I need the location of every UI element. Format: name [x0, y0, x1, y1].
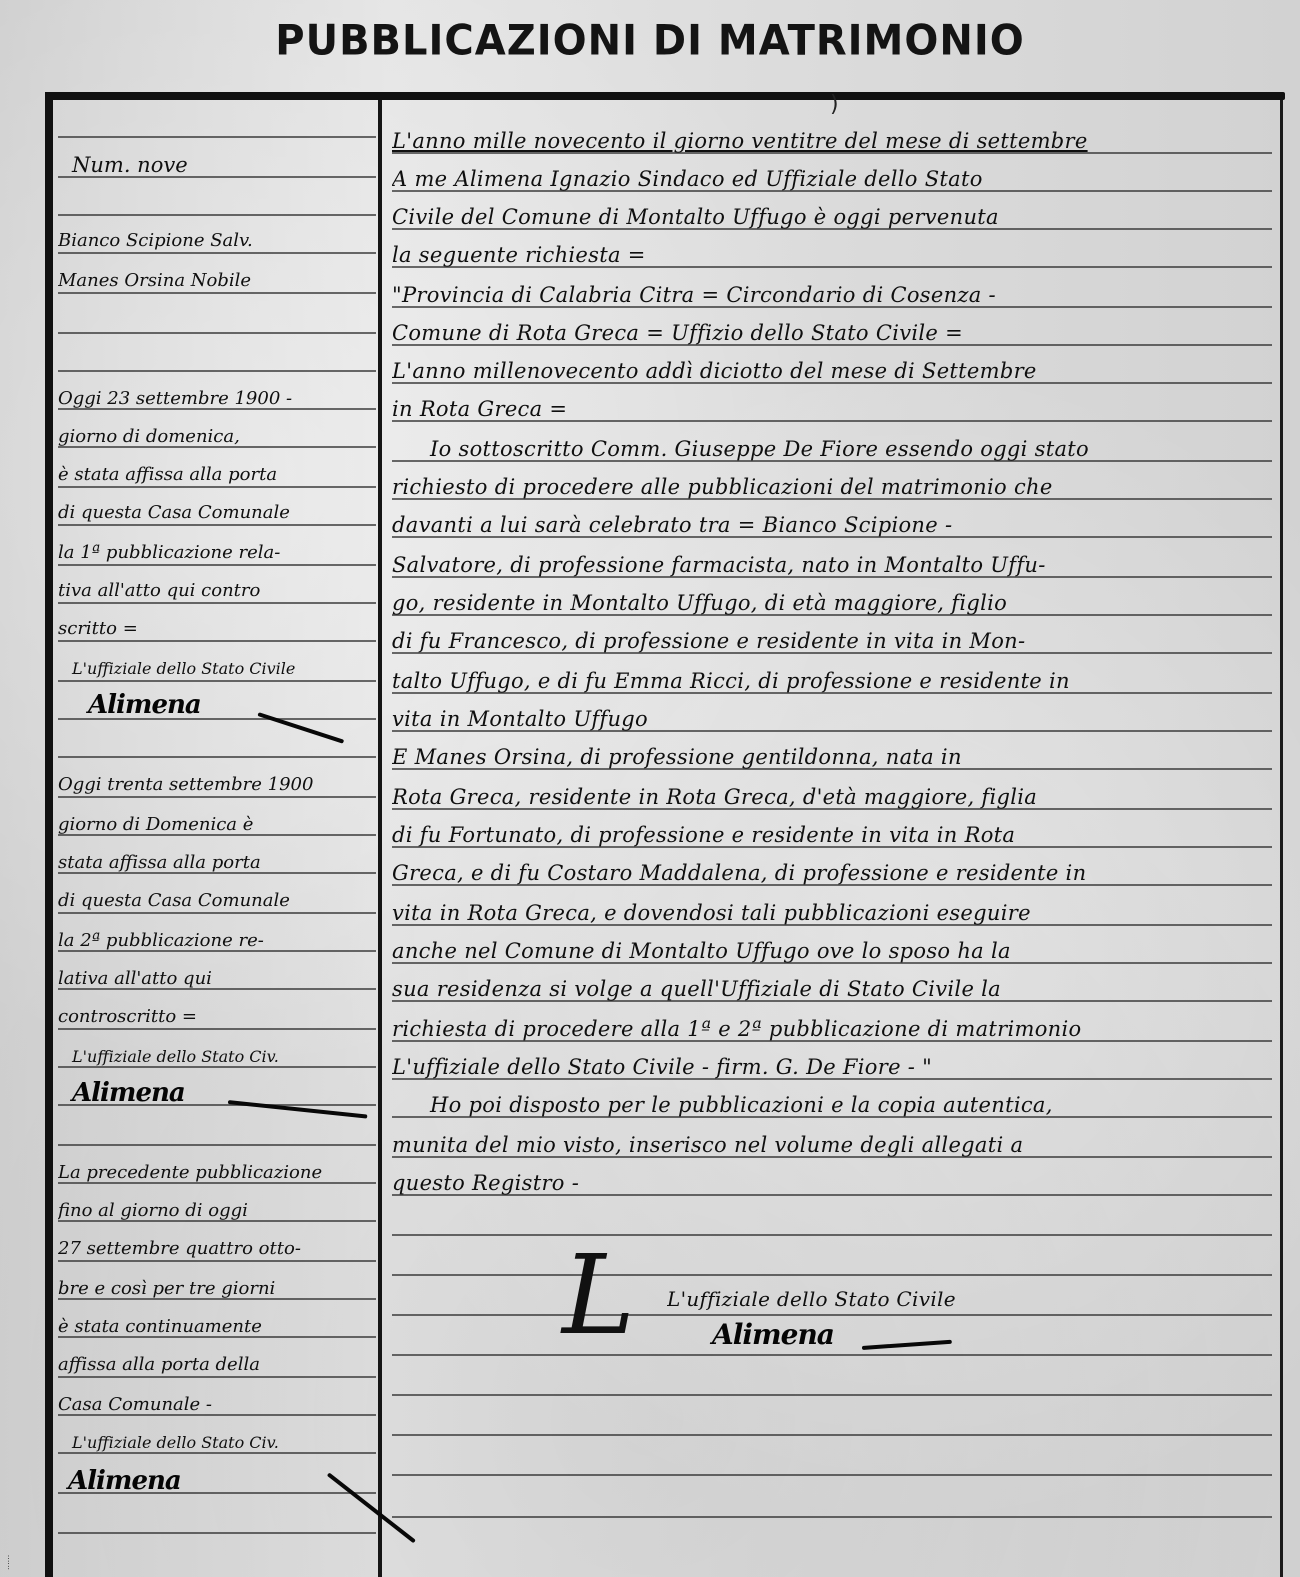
second-publication-line: giorno di Domenica è	[58, 812, 376, 838]
ruled-line	[392, 1354, 1272, 1356]
second-publication-line: la 2ª pubblicazione re-	[58, 928, 376, 954]
record-line: davanti a lui sarà celebrato tra = Bianc…	[392, 512, 1272, 538]
frame-right-border	[1280, 100, 1283, 1577]
record-line: vita in Montalto Uffugo	[392, 706, 1272, 732]
column-divider	[378, 100, 382, 1577]
record-line: Io sottoscritto Comm. Giuseppe De Fiore …	[392, 436, 1272, 462]
ruled-line	[58, 756, 376, 758]
first-publication-line: scritto =	[58, 616, 376, 642]
closing-note-line: fino al giorno di oggi	[58, 1198, 376, 1224]
first-publication-line: è stata affissa alla porta	[58, 462, 376, 488]
record-line: Comune di Rota Greca = Uffizio dello Sta…	[392, 320, 1272, 346]
record-line: E Manes Orsina, di professione gentildon…	[392, 744, 1272, 770]
record-line: talto Uffugo, e di fu Emma Ricci, di pro…	[392, 668, 1272, 694]
record-line: go, residente in Montalto Uffugo, di età…	[392, 590, 1272, 616]
first-publication-line: Oggi 23 settembre 1900 -	[58, 386, 376, 412]
decorative-initial-L: L	[562, 1240, 635, 1350]
record-line: Civile del Comune di Montalto Uffugo è o…	[392, 204, 1272, 230]
third-officer-label: L'uffiziale dello Stato Civ.	[58, 1430, 376, 1456]
record-line: "Provincia di Calabria Citra = Circondar…	[392, 282, 1272, 308]
first-publication-line: di questa Casa Comunale	[58, 500, 376, 526]
second-publication-line: stata affissa alla porta	[58, 850, 376, 876]
ruled-line	[392, 1394, 1272, 1396]
record-line: richiesta di procedere alla 1ª e 2ª pubb…	[392, 1016, 1272, 1042]
frame-left-border	[45, 92, 53, 1577]
first-publication-line: giorno di domenica,	[58, 424, 376, 450]
record-line: anche nel Comune di Montalto Uffugo ove …	[392, 938, 1272, 964]
record-line: di fu Francesco, di professione e reside…	[392, 628, 1272, 654]
record-line: la seguente richiesta =	[392, 242, 1272, 268]
closing-note-line: bre e così per tre giorni	[58, 1276, 376, 1302]
side-archive-stamp: ......	[2, 1510, 12, 1570]
record-line: munita del mio visto, inserisco nel volu…	[392, 1132, 1272, 1158]
frame-top-border	[45, 92, 1285, 100]
spouse-name: Manes Orsina Nobile	[58, 268, 376, 294]
ruled-line	[392, 1234, 1272, 1236]
signature-flourish	[257, 712, 344, 744]
entry-number: Num. nove	[58, 152, 376, 178]
second-publication-line: lativa all'atto qui	[58, 966, 376, 992]
record-line: di fu Fortunato, di professione e reside…	[392, 822, 1272, 848]
record-line: Salvatore, di professione farmacista, na…	[392, 552, 1272, 578]
signature-flourish	[228, 1100, 368, 1119]
closing-note-line: Casa Comunale -	[58, 1392, 376, 1418]
second-publication-line: di questa Casa Comunale	[58, 888, 376, 914]
closing-note-line: La precedente pubblicazione	[58, 1160, 376, 1186]
ruled-line	[392, 1434, 1272, 1436]
third-officer-signature: Alimena	[68, 1466, 181, 1496]
ruled-line	[58, 1144, 376, 1146]
second-officer-label: L'uffiziale dello Stato Civ.	[58, 1044, 376, 1070]
second-officer-signature: Alimena	[72, 1078, 185, 1108]
ruled-line	[58, 136, 376, 138]
record-line: sua residenza si volge a quell'Uffiziale…	[392, 976, 1272, 1002]
first-officer-signature: Alimena	[88, 690, 201, 720]
ruled-line	[58, 1532, 376, 1534]
record-line: L'anno mille novecento il giorno ventitr…	[392, 128, 1272, 154]
first-officer-label: L'uffiziale dello Stato Civile	[58, 656, 376, 682]
ruled-line	[58, 332, 376, 334]
record-line: Ho poi disposto per le pubblicazioni e l…	[392, 1092, 1272, 1118]
form-header-title: PUBBLICAZIONI DI MATRIMONIO	[0, 17, 1300, 65]
record-line: vita in Rota Greca, e dovendosi tali pub…	[392, 900, 1272, 926]
ruled-line	[58, 214, 376, 216]
ruled-line	[58, 370, 376, 372]
ruled-line	[392, 1314, 1272, 1316]
second-publication-line: controscritto =	[58, 1004, 376, 1030]
record-line: questo Registro -	[392, 1170, 1272, 1196]
record-line: L'anno millenovecento addì diciotto del …	[392, 358, 1272, 384]
record-line: Greca, e di fu Costaro Maddalena, di pro…	[392, 860, 1272, 886]
second-publication-line: Oggi trenta settembre 1900	[58, 772, 376, 798]
closing-note-line: è stata continuamente	[58, 1314, 376, 1340]
officer-label: L'uffiziale dello Stato Civile	[667, 1286, 956, 1312]
first-publication-line: la 1ª pubblicazione rela-	[58, 540, 376, 566]
closing-note-line: 27 settembre quattro otto-	[58, 1236, 376, 1262]
record-line: L'uffiziale dello Stato Civile - firm. G…	[392, 1054, 1272, 1080]
record-line: in Rota Greca =	[392, 396, 1272, 422]
top-pencil-mark: )	[830, 92, 839, 117]
ruled-line	[392, 1474, 1272, 1476]
signature-flourish	[862, 1340, 952, 1350]
spouse-name: Bianco Scipione Salv.	[58, 228, 376, 254]
ruled-line	[392, 1516, 1272, 1518]
record-line: Rota Greca, residente in Rota Greca, d'e…	[392, 784, 1272, 810]
closing-note-line: affissa alla porta della	[58, 1352, 376, 1378]
record-line: richiesto di procedere alle pubblicazion…	[392, 474, 1272, 500]
first-publication-line: tiva all'atto qui contro	[58, 578, 376, 604]
record-line: A me Alimena Ignazio Sindaco ed Uffizial…	[392, 166, 1272, 192]
ruled-line	[392, 1274, 1272, 1276]
officer-signature: Alimena	[712, 1318, 834, 1351]
